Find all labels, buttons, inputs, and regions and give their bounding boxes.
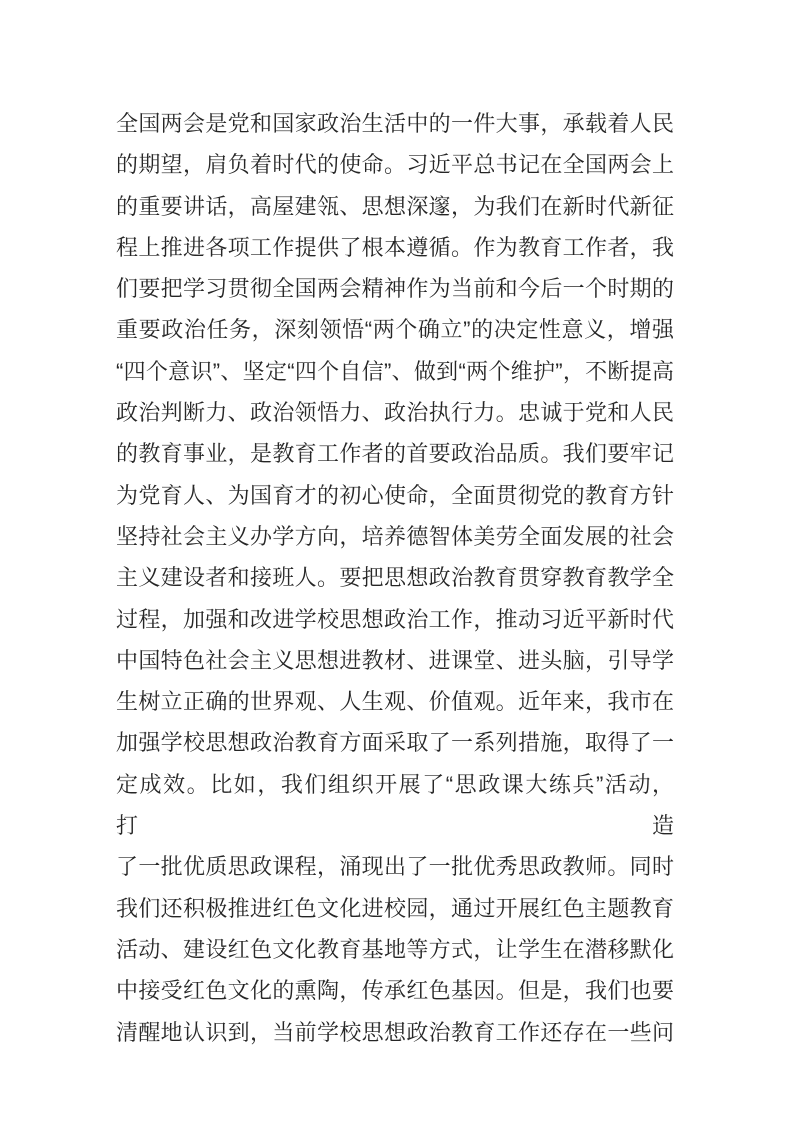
text-line: 加强学校思想政治教育方面采取了一系列措施，取得了一 — [116, 722, 674, 763]
document-text-block: 全国两会是党和国家政治生活中的一件大事，承载着人民的期望，肩负着时代的使命。习近… — [116, 103, 674, 1053]
document-page: 全国两会是党和国家政治生活中的一件大事，承载着人民的期望，肩负着时代的使命。习近… — [0, 0, 793, 1122]
text-line: 了一批优质思政课程，涌现出了一批优秀思政教师。同时 — [116, 846, 674, 887]
text-line: 活动、建设红色文化教育基地等方式，让学生在潜移默化 — [116, 929, 674, 970]
text-line: 定成效。比如，我们组织开展了“思政课大练兵”活动，打造 — [116, 764, 674, 847]
text-line: 清醒地认识到，当前学校思想政治教育工作还存在一些问 — [116, 1012, 674, 1053]
text-line: 政治判断力、政治领悟力、政治执行力。忠诚于党和人民 — [116, 392, 674, 433]
text-line: 过程，加强和改进学校思想政治工作，推动习近平新时代 — [116, 599, 674, 640]
text-line: 全国两会是党和国家政治生活中的一件大事，承载着人民 — [116, 103, 674, 144]
text-line: 们要把学习贯彻全国两会精神作为当前和今后一个时期的 — [116, 268, 674, 309]
text-line: 为党育人、为国育才的初心使命，全面贯彻党的教育方针 — [116, 475, 674, 516]
text-line: 的重要讲话，高屋建瓴、思想深邃，为我们在新时代新征 — [116, 186, 674, 227]
text-line: 重要政治任务，深刻领悟“两个确立”的决定性意义，增强 — [116, 309, 674, 350]
text-line: 的期望，肩负着时代的使命。习近平总书记在全国两会上 — [116, 144, 674, 185]
text-line: “四个意识”、坚定“四个自信”、做到“两个维护”，不断提高 — [116, 351, 674, 392]
text-line: 中国特色社会主义思想进教材、进课堂、进头脑，引导学 — [116, 640, 674, 681]
text-line: 我们还积极推进红色文化进校园，通过开展红色主题教育 — [116, 888, 674, 929]
text-line: 中接受红色文化的熏陶，传承红色基因。但是，我们也要 — [116, 970, 674, 1011]
text-line: 的教育事业，是教育工作者的首要政治品质。我们要牢记 — [116, 433, 674, 474]
text-line: 坚持社会主义办学方向，培养德智体美劳全面发展的社会 — [116, 516, 674, 557]
text-line: 程上推进各项工作提供了根本遵循。作为教育工作者，我 — [116, 227, 674, 268]
text-line: 生树立正确的世界观、人生观、价值观。近年来，我市在 — [116, 681, 674, 722]
text-line: 主义建设者和接班人。要把思想政治教育贯穿教育教学全 — [116, 557, 674, 598]
